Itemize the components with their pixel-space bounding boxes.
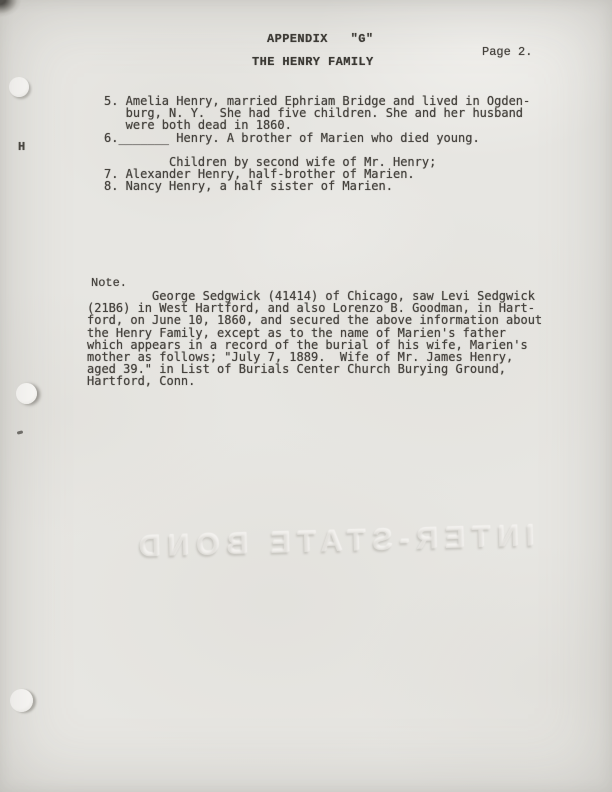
note-paragraph: George Sedgwick (41414) of Chicago, saw …: [87, 290, 542, 388]
scanned-document-page: INTER-STATE BOND APPENDIX "G" Page 2. TH…: [0, 0, 612, 792]
ink-speck: [17, 430, 24, 434]
punch-hole-top: [9, 77, 29, 97]
note-label: Note.: [91, 277, 127, 289]
punch-hole-bottom: [10, 689, 33, 712]
margin-annotation-letter: H: [18, 141, 25, 153]
appendix-heading: APPENDIX "G": [267, 33, 373, 45]
family-entries-paragraph: 5. Amelia Henry, married Ephriam Bridge …: [104, 95, 530, 193]
corner-fold-shadow: [0, 0, 26, 22]
paper-watermark-mirrored: INTER-STATE BOND: [72, 516, 535, 571]
page-number: Page 2.: [482, 46, 532, 58]
document-title: THE HENRY FAMILY: [252, 56, 374, 68]
punch-hole-middle: [16, 383, 37, 404]
